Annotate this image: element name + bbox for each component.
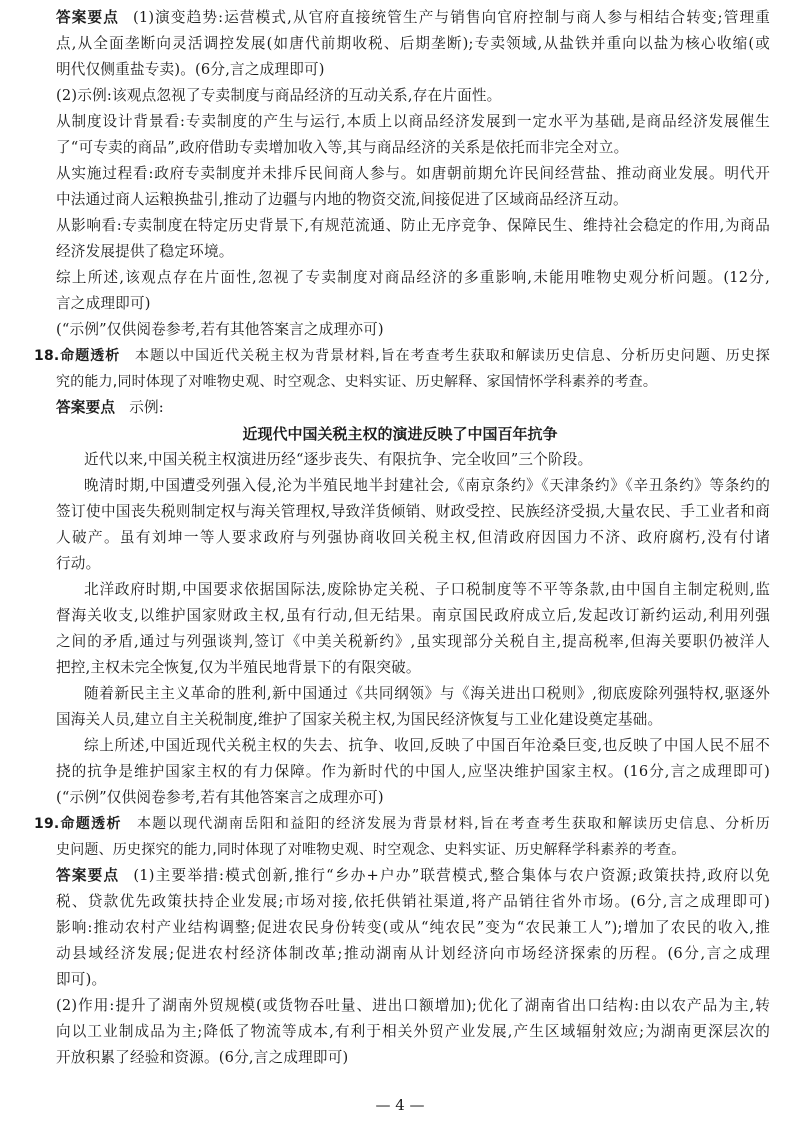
q17-line: 从实施过程看:政府专卖制度并未排斥民间商人参与。如唐朝前期允许民间经营盐、推动商… <box>56 164 770 184</box>
q19-analysis-line: 史问题、历史探究的能力,同时体现了对唯物史观、时空观念、史料实证、历史解释学科素… <box>56 840 770 860</box>
q17-line: 言之成理即可) <box>56 294 770 314</box>
essay-line: 督海关收支,以维护国家财政主权,虽有行动,但无结果。南京国民政府成立后,发起改订… <box>56 606 770 626</box>
q17-line: 经济发展提供了稳定环境。 <box>56 242 770 262</box>
q19-line: 开放积累了经验和资源。(6分,言之成理即可) <box>56 1048 770 1068</box>
exam-answer-page: 答案要点(1)演变趋势:运营模式,从官府直接统管生产与销售向官府控制与商人参与相… <box>0 0 800 1131</box>
q19-line: 税、贷款优先政策扶持企业发展;市场对接,依托供销社渠道,将产品销往省外市场。(6… <box>56 892 770 912</box>
q18-answer-intro: 答案要点示例: <box>56 398 770 418</box>
essay-line: 把控,主权未完全恢复,仅为半殖民地背景下的有限突破。 <box>56 658 770 678</box>
essay-title: 近现代中国关税主权的演进反映了中国百年抗争 <box>0 424 800 444</box>
essay-paragraph: 晚清时期,中国遭受列强入侵,沦为半殖民地半封建社会,《南京条约》《天津条约》《辛… <box>84 476 770 496</box>
q19-line: 动县域经济发展;促进农村经济体制改革;推动湖南从计划经济向市场经济探索的历程。(… <box>56 944 770 964</box>
q19-line: 即可)。 <box>56 970 770 990</box>
essay-paragraph: 随着新民主主义革命的胜利,新中国通过《共同纲领》与《海关进出口税则》,彻底废除列… <box>84 684 770 704</box>
essay-line: 人破产。虽有刘坤一等人要求政府与列强协商收回关税主权,但清政府因国力不济、政府腐… <box>56 528 770 548</box>
answer-label: 答案要点 <box>56 867 119 884</box>
q19-analysis-line-1: 19.命题透析本题以现代湖南岳阳和益阳的经济发展为背景材料,旨在考查考生获取和解… <box>34 814 770 834</box>
essay-line: 挠的抗争是维护国家主权的有力保障。作为新时代的中国人,应坚决维护国家主权。(16… <box>56 762 770 782</box>
answer-label: 答案要点 <box>56 399 115 416</box>
q17-line: 明代仅侧重盐专卖)。(6分,言之成理即可) <box>56 60 770 80</box>
question-number: 18. <box>34 348 59 364</box>
essay-line: 签订使中国丧失税则制定权与海关管理权,导致洋货倾销、财政受控、民族经济受损,大量… <box>56 502 770 522</box>
question-number: 19. <box>34 816 59 832</box>
essay-line: 之间的矛盾,通过与列强谈判,签订《中美关税新约》,虽实现部分关税自主,提高税率,… <box>56 632 770 652</box>
answer-label: 答案要点 <box>56 9 119 26</box>
essay-paragraph: 综上所述,中国近现代关税主权的失去、抗争、收回,反映了中国百年沧桑巨变,也反映了… <box>84 736 770 756</box>
q19-line: 影响:推动农村产业结构调整;促进农民身份转变(或从“纯农民”变为“农民兼工人”)… <box>56 918 770 938</box>
q17-line: 点,从全面垄断向灵活调控发展(如唐代前期收税、后期垄断);专卖领域,从盐铁并重向… <box>56 34 770 54</box>
q17-note: (“示例”仅供阅卷参考,若有其他答案言之成理亦可) <box>56 320 770 340</box>
essay-line: 国海关人员,建立自主关税制度,维护了国家关税主权,为国民经济恢复与工业化建设奠定… <box>56 710 770 730</box>
page-number: — 4 — <box>0 1095 800 1115</box>
q17-line: 中法通过商人运粮换盐引,推动了边疆与内地的物资交流,间接促进了区域商品经济互动。 <box>56 190 770 210</box>
analysis-label: 命题透析 <box>59 816 121 832</box>
q18-note: (“示例”仅供阅卷参考,若有其他答案言之成理亦可) <box>56 788 770 808</box>
q17-line: 了“可专卖的商品”,政府借助专卖增加收入等,其与商品经济的关系是依托而非完全对立… <box>56 138 770 158</box>
q17-line: 从制度设计背景看:专卖制度的产生与运行,本质上以商品经济发展到一定水平为基础,是… <box>56 112 770 132</box>
q17-line: (2)示例:该观点忽视了专卖制度与商品经济的互动关系,存在片面性。 <box>56 86 770 106</box>
essay-paragraph: 北洋政府时期,中国要求依据国际法,废除协定关税、子口税制度等不平等条款,由中国自… <box>84 580 770 600</box>
q19-answer-line-1: 答案要点(1)主要举措:模式创新,推行“乡办+户办”联营模式,整合集体与农户资源… <box>56 866 770 886</box>
q17-answer-line-1: 答案要点(1)演变趋势:运营模式,从官府直接统管生产与销售向官府控制与商人参与相… <box>56 8 770 28</box>
essay-line: 行动。 <box>56 554 770 574</box>
essay-paragraph: 近代以来,中国关税主权演进历经“逐步丧失、有限抗争、完全收回”三个阶段。 <box>84 450 770 470</box>
q19-line: 向以工业制成品为主;降低了物流等成本,有利于相关外贸产业发展,产生区域辐射效应;… <box>56 1022 770 1042</box>
q17-line: 从影响看:专卖制度在特定历史背景下,有规范流通、防止无序竞争、保障民生、维持社会… <box>56 216 770 236</box>
analysis-label: 命题透析 <box>59 348 120 364</box>
q18-analysis-line-1: 18.命题透析本题以中国近代关税主权为背景材料,旨在考查考生获取和解读历史信息、… <box>34 346 770 366</box>
q18-analysis-line: 究的能力,同时体现了对唯物史观、时空观念、史料实证、历史解释、家国情怀学科素养的… <box>56 372 770 392</box>
q17-line: 综上所述,该观点存在片面性,忽视了专卖制度对商品经济的多重影响,未能用唯物史观分… <box>56 268 770 288</box>
q19-line: (2)作用:提升了湖南外贸规模(或货物吞吐量、进出口额增加);优化了湖南省出口结… <box>56 996 770 1016</box>
